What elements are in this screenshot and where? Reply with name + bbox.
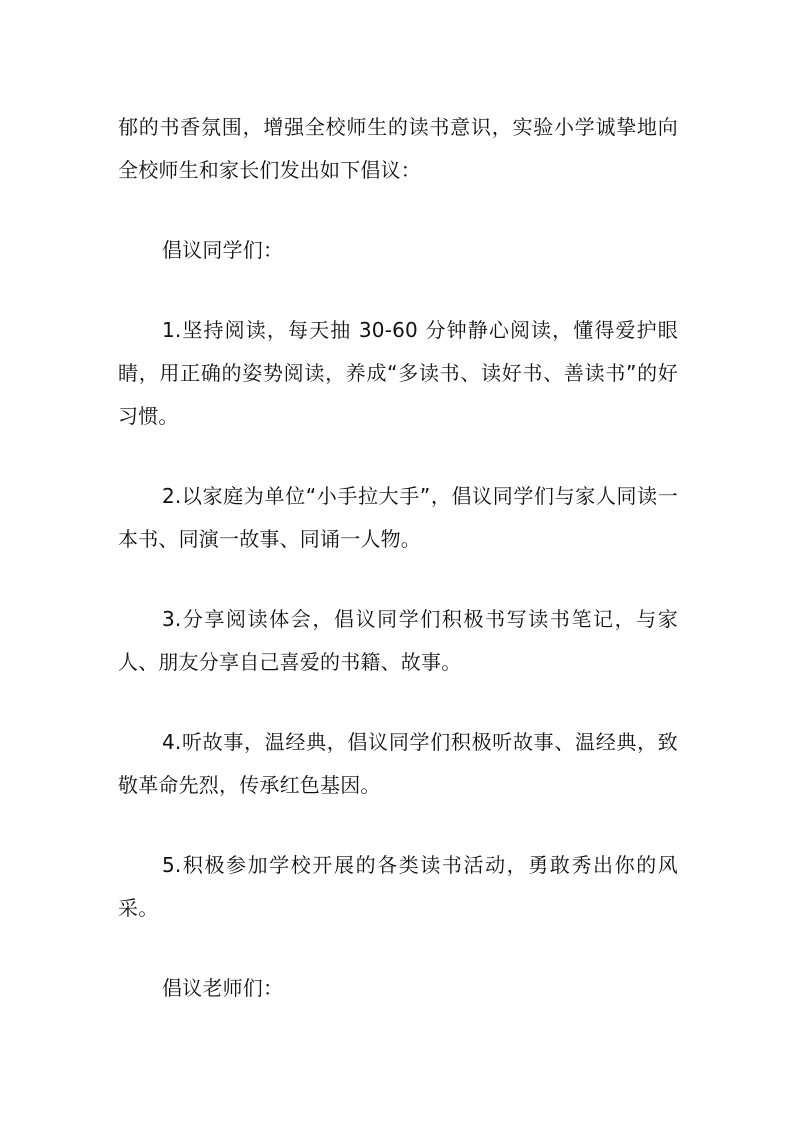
proposal-item-4: 4.听故事，温经典，倡议同学们积极听故事、温经典，致敬革命先烈，传承红色基因。 xyxy=(118,721,678,806)
heading-teachers: 倡议老师们： xyxy=(118,967,678,1010)
document-page: 郁的书香氛围，增强全校师生的读书意识，实验小学诚挚地向全校师生和家长们发出如下倡… xyxy=(118,106,678,1047)
proposal-item-5: 5.积极参加学校开展的各类读书活动，勇敢秀出你的风采。 xyxy=(118,844,678,929)
heading-students: 倡议同学们： xyxy=(118,229,678,272)
proposal-item-2: 2.以家庭为单位“小手拉大手”，倡议同学们与家人同读一本书、同演一故事、同诵一人… xyxy=(118,475,678,560)
intro-paragraph: 郁的书香氛围，增强全校师生的读书意识，实验小学诚挚地向全校师生和家长们发出如下倡… xyxy=(118,106,678,191)
proposal-item-1: 1.坚持阅读，每天抽 30-60 分钟静心阅读，懂得爱护眼睛，用正确的姿势阅读，… xyxy=(118,309,678,437)
proposal-item-3: 3.分享阅读体会，倡议同学们积极书写读书笔记，与家人、朋友分享自己喜爱的书籍、故… xyxy=(118,598,678,683)
